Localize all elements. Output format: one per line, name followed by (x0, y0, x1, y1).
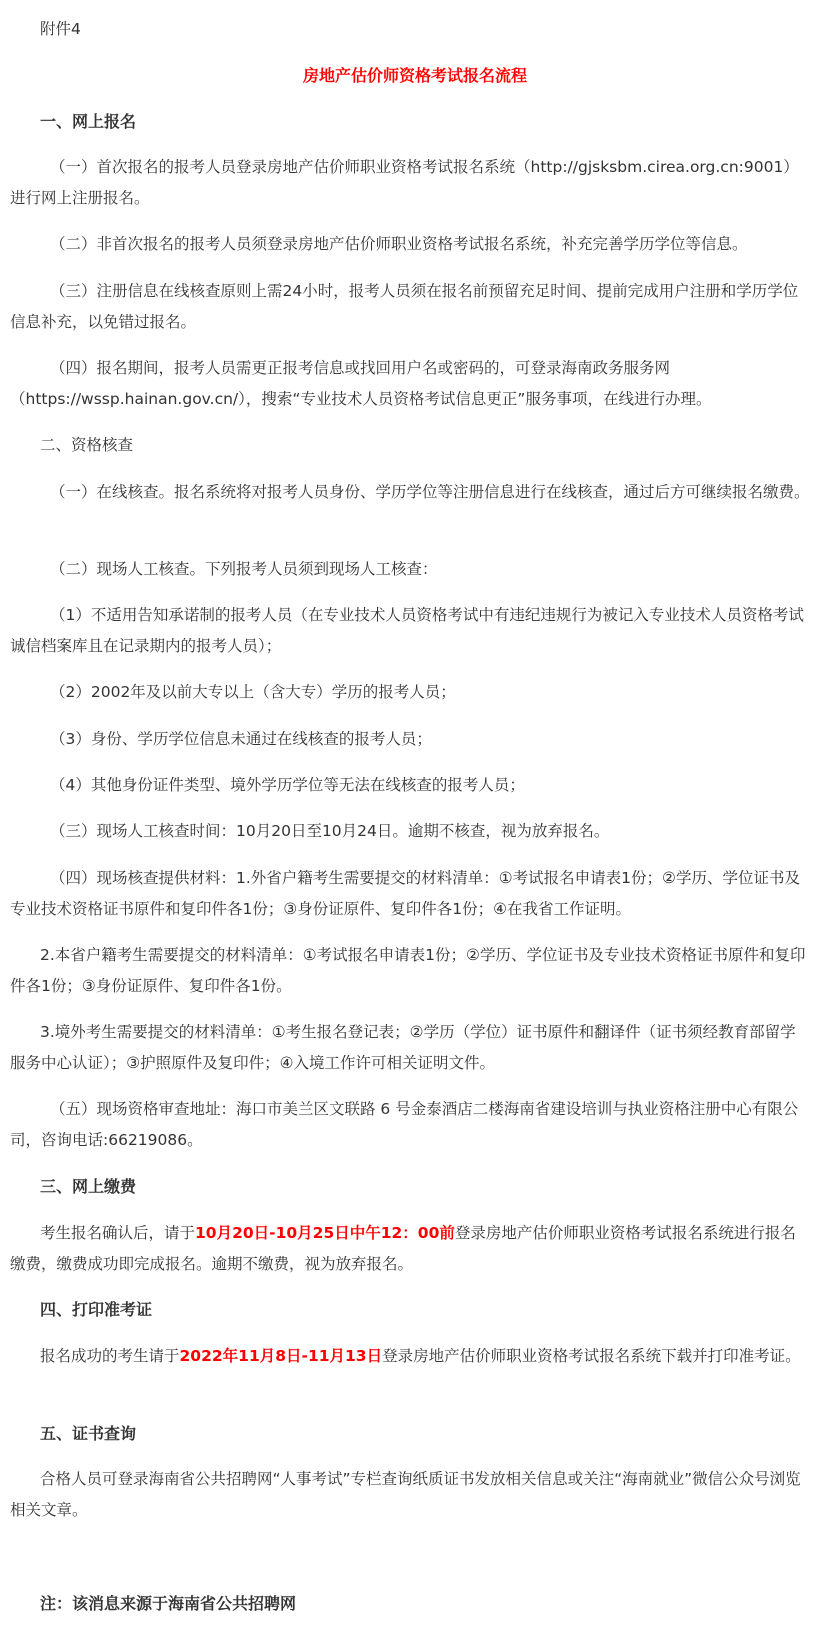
attachment-label: 附件4 (10, 14, 810, 45)
source-note: 注：该消息来源于海南省公共招聘网 (10, 1588, 810, 1619)
section-1-heading: 一、网上报名 (10, 106, 810, 137)
section-3-heading: 三、网上缴费 (10, 1171, 810, 1202)
section-2-item-4: （4）其他身份证件类型、境外学历学位等无法在线核查的报考人员； (10, 770, 810, 801)
section-2-para-1: （一）在线核查。报名系统将对报考人员身份、学历学位等注册信息进行在线核查，通过后… (10, 477, 810, 508)
section-4-heading: 四、打印准考证 (10, 1294, 810, 1325)
section-2-para-7: （五）现场资格审查地址：海口市美兰区文联路 6 号金泰酒店二楼海南省建设培训与执… (10, 1094, 810, 1156)
page-title: 房地产估价师资格考试报名流程 (0, 60, 830, 91)
section-2-para-3: （三）现场人工核查时间：10月20日至10月24日。逾期不核查，视为放弃报名。 (10, 816, 810, 847)
section-2-item-1: （1）不适用告知承诺制的报考人员（在专业技术人员资格考试中有违纪违规行为被记入专… (10, 600, 810, 662)
payment-deadline-highlight: 10月20日-10月25日中午12：00前 (195, 1224, 455, 1242)
section-1-para-3: （三）注册信息在线核查原则上需24小时，报考人员须在报名前预留充足时间、提前完成… (10, 276, 810, 338)
section-1-para-2: （二）非首次报名的报考人员须登录房地产估价师职业资格考试报名系统，补充完善学历学… (10, 229, 810, 260)
section-2-para-4: （四）现场核查提供材料：1.外省户籍考生需要提交的材料清单：①考试报名申请表1份… (10, 863, 810, 925)
section-3-para: 考生报名确认后，请于10月20日-10月25日中午12：00前登录房地产估价师职… (10, 1218, 810, 1280)
section-2-item-2: （2）2002年及以前大专以上（含大专）学历的报考人员； (10, 677, 810, 708)
section-1-para-4: （四）报名期间，报考人员需更正报考信息或找回用户名或密码的，可登录海南政务服务网… (10, 353, 810, 415)
section-4-text-post: 登录房地产估价师职业资格考试报名系统下载并打印准考证。 (382, 1347, 801, 1365)
section-2-para-5: 2.本省户籍考生需要提交的材料清单：①考试报名申请表1份；②学历、学位证书及专业… (10, 940, 810, 1002)
section-2-heading: 二、资格核查 (10, 430, 810, 461)
section-4-text-pre: 报名成功的考生请于 (40, 1347, 180, 1365)
section-5-para: 合格人员可登录海南省公共招聘网“人事考试”专栏查询纸质证书发放相关信息或关注“海… (10, 1464, 810, 1526)
section-2-para-6: 3.境外考生需要提交的材料清单：①考生报名登记表；②学历（学位）证书原件和翻译件… (10, 1017, 810, 1079)
admission-ticket-date-highlight: 2022年11月8日-11月13日 (180, 1347, 383, 1365)
section-2-para-2: （二）现场人工核查。下列报考人员须到现场人工核查： (10, 554, 810, 585)
section-3-text-pre: 考生报名确认后，请于 (40, 1224, 195, 1242)
section-1-para-1: （一）首次报名的报考人员登录房地产估价师职业资格考试报名系统（http://gj… (10, 152, 810, 214)
section-2-item-3: （3）身份、学历学位信息未通过在线核查的报考人员； (10, 724, 810, 755)
section-4-para: 报名成功的考生请于2022年11月8日-11月13日登录房地产估价师职业资格考试… (10, 1341, 810, 1372)
section-5-heading: 五、证书查询 (10, 1418, 810, 1449)
